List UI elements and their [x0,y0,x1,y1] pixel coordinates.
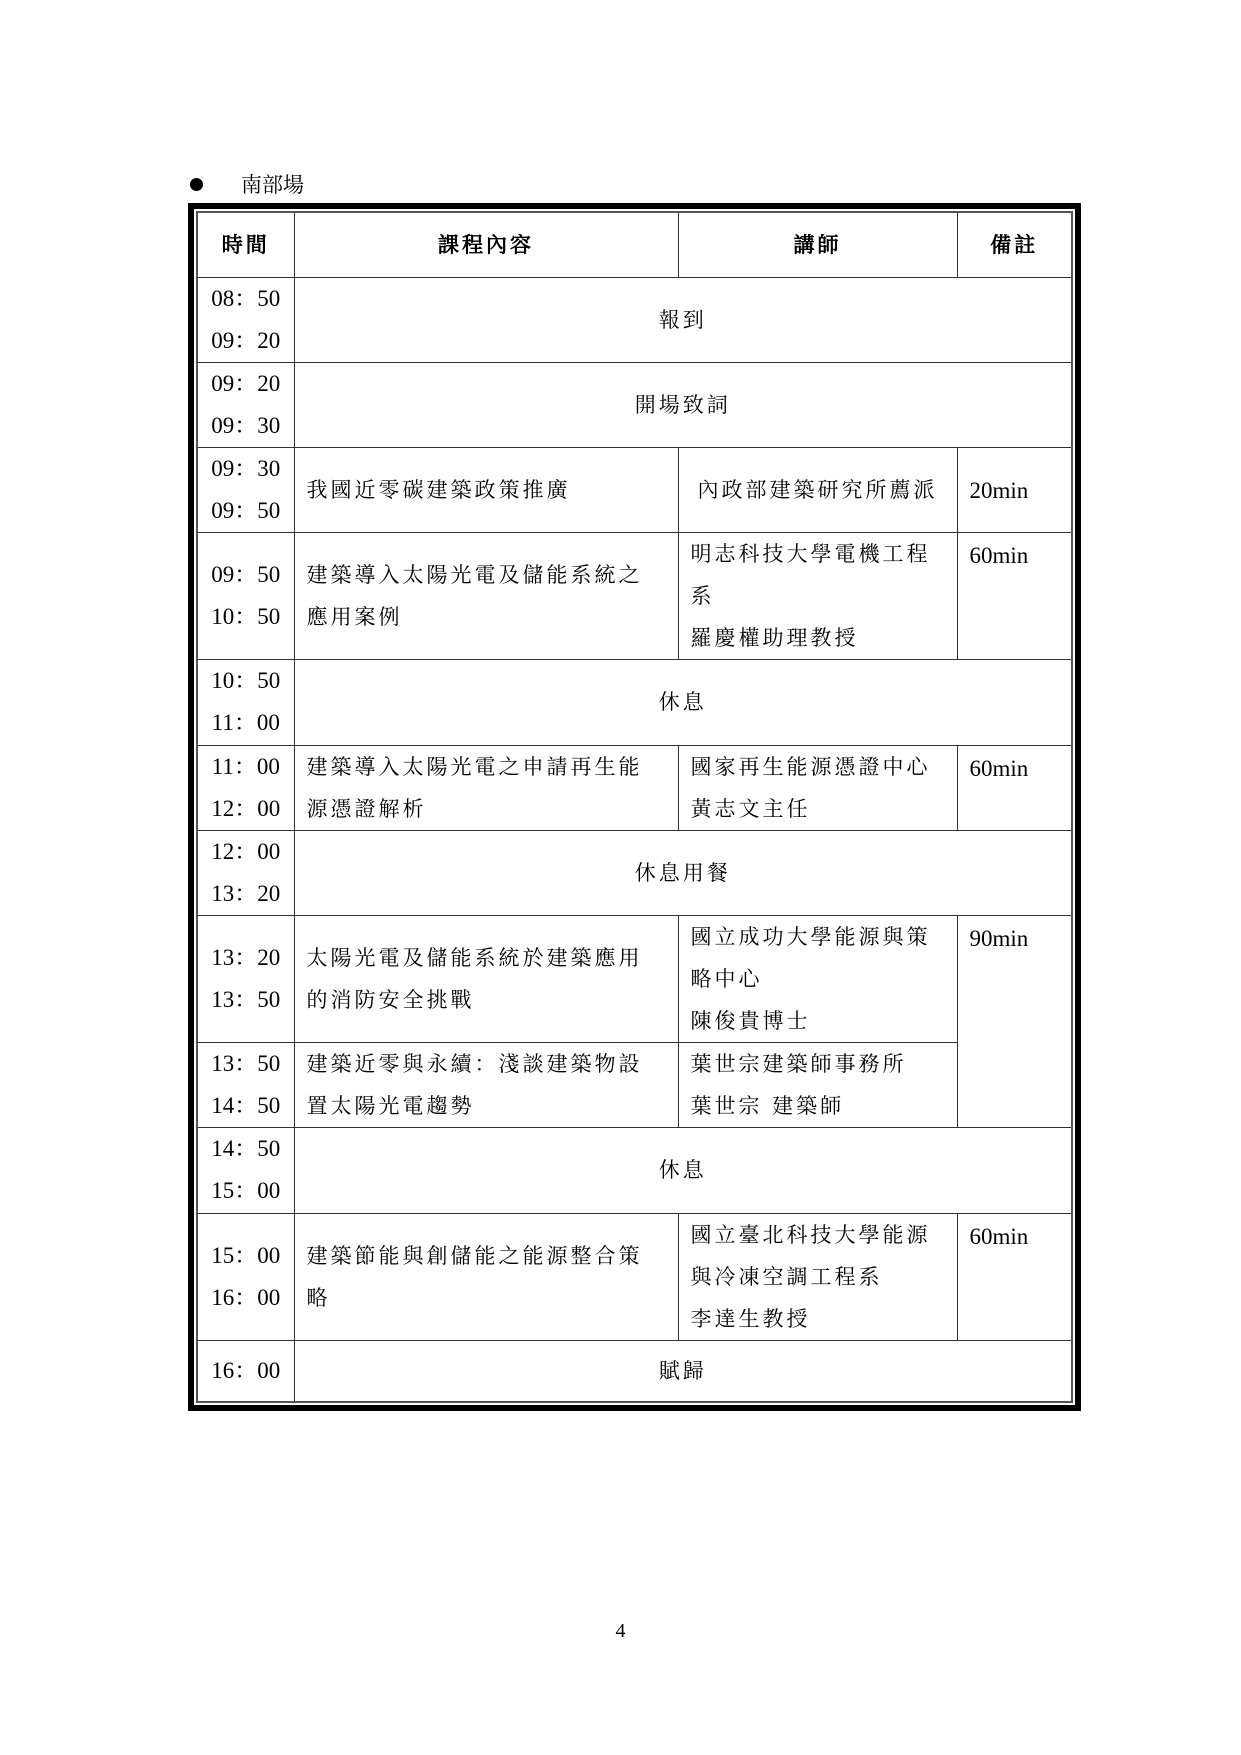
section-heading: 南部場 [188,168,304,200]
start-time: 12：00 [204,831,288,873]
end-time: 09：50 [204,490,288,532]
end-time: 14：50 [204,1085,288,1127]
end-time: 11：00 [204,702,288,744]
activity-cell: 休息 [294,659,1071,745]
note-cell: 20min [957,447,1071,532]
time-cell: 13：2013：50 [198,915,294,1042]
table-row: 12：0013：20 休息用餐 [198,830,1071,915]
table-header-row: 時間 課程內容 講師 備註 [198,213,1071,277]
activity-cell: 休息 [294,1127,1071,1213]
time-cell: 16：00 [198,1340,294,1401]
page-number: 4 [0,1620,1241,1643]
topic-cell: 建築節能與創儲能之能源整合策略 [294,1213,678,1340]
end-time: 12：00 [204,788,288,830]
lecturer-cell: 明志科技大學電機工程系 羅慶權助理教授 [678,532,957,659]
time-cell: 09：2009：30 [198,362,294,447]
start-time: 11：00 [204,746,288,788]
end-time: 15：00 [204,1170,288,1212]
time-cell: 13：5014：50 [198,1042,294,1127]
lecturer-cell: 內政部建築研究所薦派 [678,447,957,532]
schedule-table-frame: 時間 課程內容 講師 備註 08：5009：20 報到 09：2009：30 開… [188,203,1081,1411]
lecturer-cell: 國立成功大學能源與策略中心 陳俊貴博士 [678,915,957,1042]
time-cell: 09：5010：50 [198,532,294,659]
start-time: 09：30 [204,448,288,490]
end-time: 10：50 [204,596,288,638]
topic-cell: 我國近零碳建築政策推廣 [294,447,678,532]
end-time: 16：00 [204,1277,288,1319]
lecturer-cell: 葉世宗建築師事務所 葉世宗 建築師 [678,1042,957,1127]
start-time: 15：00 [204,1235,288,1277]
topic-cell: 太陽光電及儲能系統於建築應用的消防安全挑戰 [294,915,678,1042]
bullet-icon [190,178,203,191]
time-cell: 14：5015：00 [198,1127,294,1213]
start-time: 14：50 [204,1128,288,1170]
time-cell: 10：5011：00 [198,659,294,745]
schedule-table: 時間 課程內容 講師 備註 08：5009：20 報到 09：2009：30 開… [198,213,1071,1401]
activity-cell: 賦歸 [294,1340,1071,1401]
start-time: 09：20 [204,363,288,405]
end-time: 13：20 [204,873,288,915]
lecturer-cell: 國家再生能源憑證中心 黃志文主任 [678,745,957,830]
start-time: 10：50 [204,660,288,702]
note-cell: 60min [957,1213,1071,1340]
table-row: 11：0012：00 建築導入太陽光電之申請再生能源憑證解析 國家再生能源憑證中… [198,745,1071,830]
end-time: 13：50 [204,979,288,1021]
start-time: 09：50 [204,554,288,596]
topic-cell: 建築近零與永續：淺談建築物設置太陽光電趨勢 [294,1042,678,1127]
topic-cell: 建築導入太陽光電及儲能系統之應用案例 [294,532,678,659]
note-cell: 60min [957,745,1071,830]
table-row: 08：5009：20 報到 [198,277,1071,362]
activity-cell: 報到 [294,277,1071,362]
note-cell: 90min [957,915,1071,1127]
note-cell: 60min [957,532,1071,659]
table-row: 15：0016：00 建築節能與創儲能之能源整合策略 國立臺北科技大學能源與冷凍… [198,1213,1071,1340]
table-row: 09：2009：30 開場致詞 [198,362,1071,447]
time-cell: 08：5009：20 [198,277,294,362]
start-time: 13：50 [204,1043,288,1085]
table-row: 09：3009：50 我國近零碳建築政策推廣 內政部建築研究所薦派 20min [198,447,1071,532]
header-lecturer: 講師 [678,213,957,277]
start-time: 13：20 [204,937,288,979]
table-row: 10：5011：00 休息 [198,659,1071,745]
activity-cell: 休息用餐 [294,830,1071,915]
start-time: 16：00 [204,1350,288,1392]
end-time: 09：30 [204,405,288,447]
topic-cell: 建築導入太陽光電之申請再生能源憑證解析 [294,745,678,830]
table-row: 14：5015：00 休息 [198,1127,1071,1213]
time-cell: 09：3009：50 [198,447,294,532]
activity-cell: 開場致詞 [294,362,1071,447]
table-row: 13：2013：50 太陽光電及儲能系統於建築應用的消防安全挑戰 國立成功大學能… [198,915,1071,1042]
table-row: 09：5010：50 建築導入太陽光電及儲能系統之應用案例 明志科技大學電機工程… [198,532,1071,659]
table-row: 13：5014：50 建築近零與永續：淺談建築物設置太陽光電趨勢 葉世宗建築師事… [198,1042,1071,1127]
start-time: 08：50 [204,278,288,320]
time-cell: 15：0016：00 [198,1213,294,1340]
header-time: 時間 [198,213,294,277]
table-row: 16：00 賦歸 [198,1340,1071,1401]
end-time: 09：20 [204,320,288,362]
lecturer-cell: 國立臺北科技大學能源與冷凍空調工程系 李達生教授 [678,1213,957,1340]
time-cell: 11：0012：00 [198,745,294,830]
header-topic: 課程內容 [294,213,678,277]
time-cell: 12：0013：20 [198,830,294,915]
header-note: 備註 [957,213,1071,277]
section-title: 南部場 [241,169,304,199]
